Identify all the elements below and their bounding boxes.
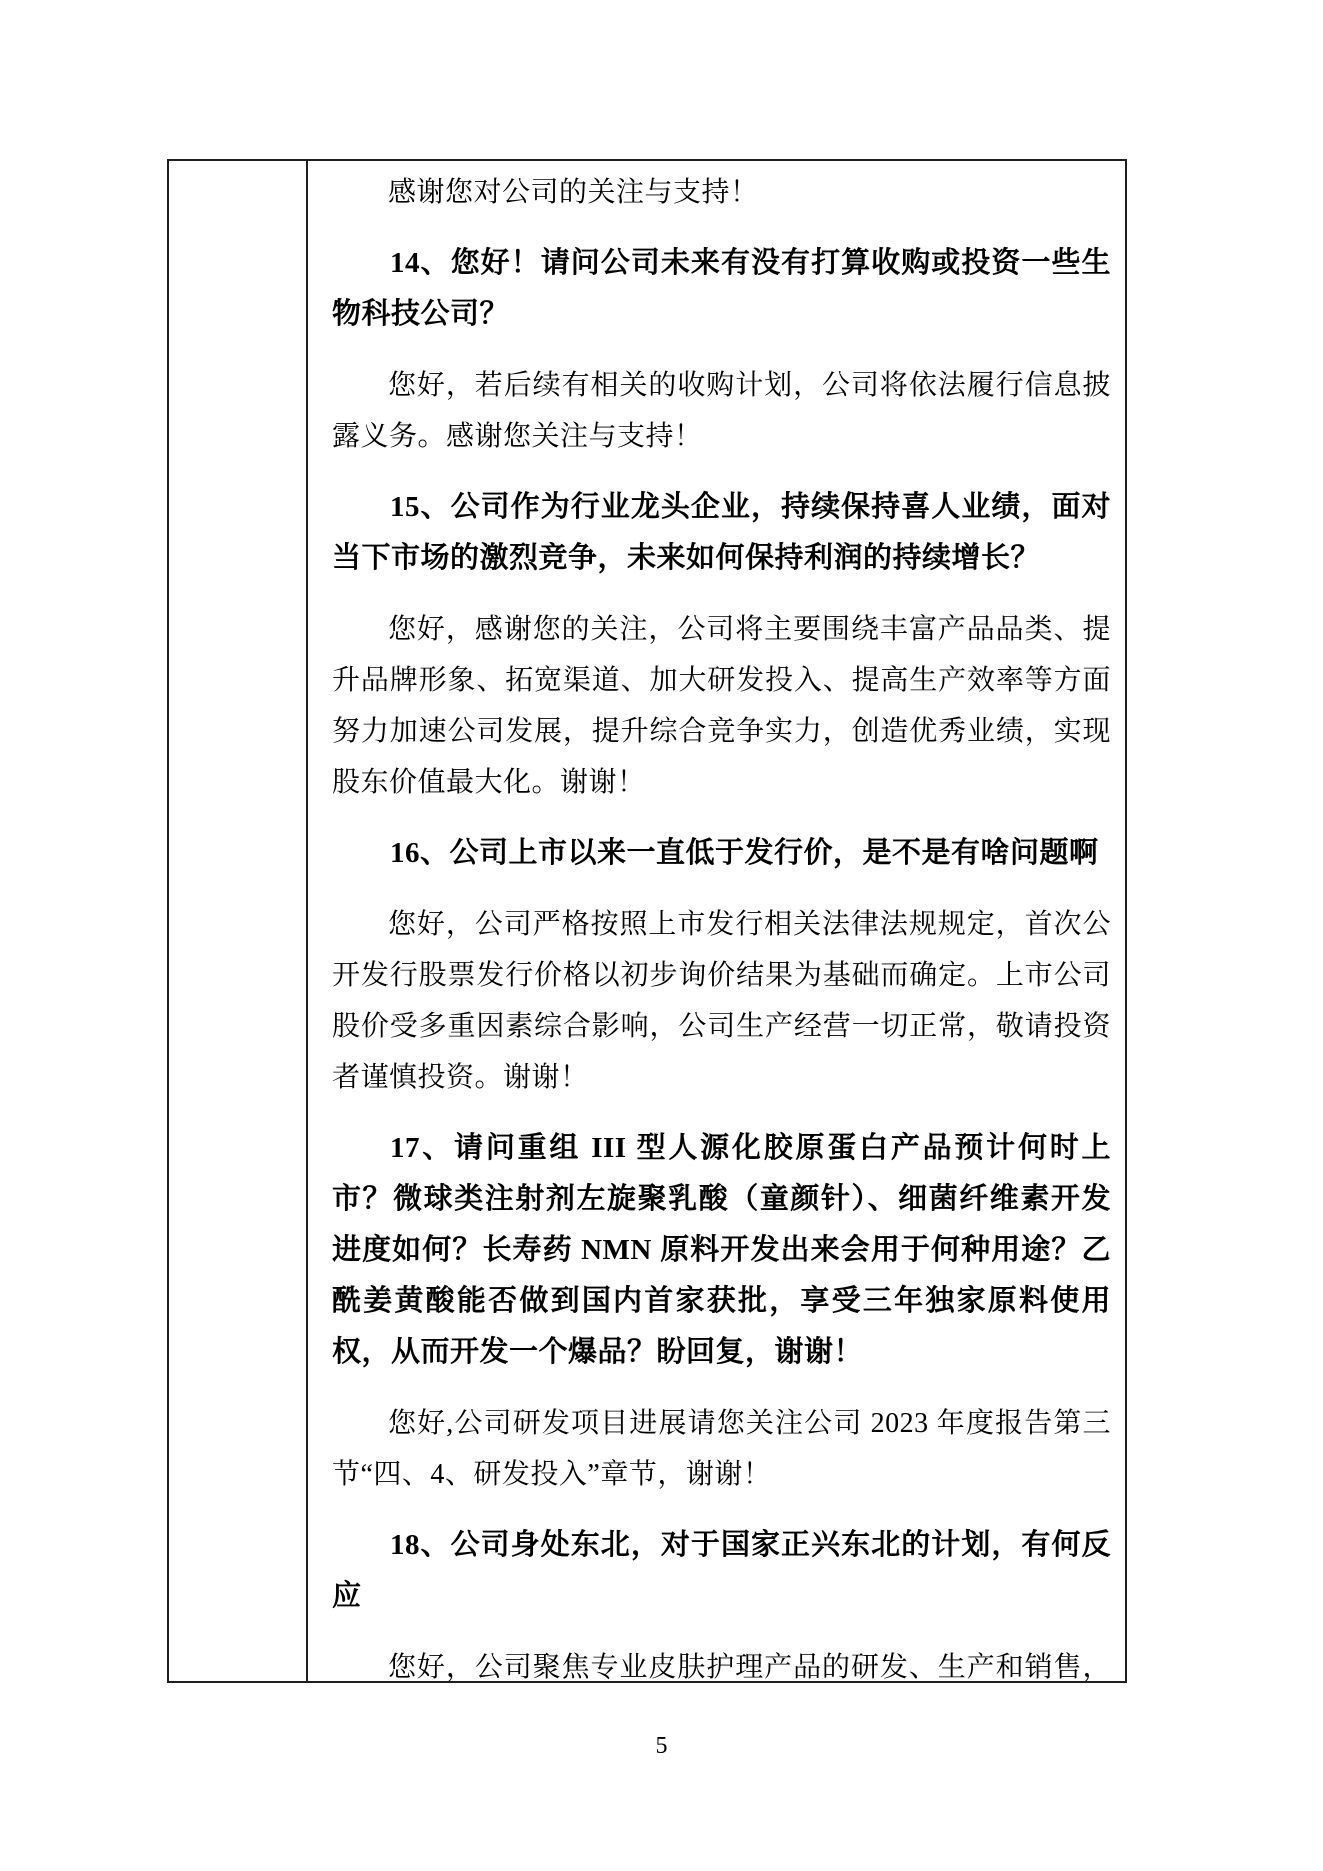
qa-table: 感谢您对公司的关注与支持！ 14、您好！请问公司未来有没有打算收购或投资一些生物… <box>167 159 1127 1683</box>
answer-18: 您好，公司聚焦专业皮肤护理产品的研发、生产和销售，公司将积极把握机遇，提升自身优… <box>332 1642 1111 1681</box>
question-14: 14、您好！请问公司未来有没有打算收购或投资一些生物科技公司？ <box>332 238 1111 340</box>
answer-15: 您好，感谢您的关注，公司将主要围绕丰富产品品类、提升品牌形象、拓宽渠道、加大研发… <box>332 604 1111 808</box>
question-16: 16、公司上市以来一直低于发行价，是不是有啥问题啊 <box>332 828 1111 879</box>
intro-text: 感谢您对公司的关注与支持！ <box>332 167 1111 218</box>
answer-16: 您好，公司严格按照上市发行相关法律法规规定，首次公开发行股票发行价格以初步询价结… <box>332 899 1111 1103</box>
table-cell-qa: 感谢您对公司的关注与支持！ 14、您好！请问公司未来有没有打算收购或投资一些生物… <box>308 161 1125 1681</box>
document-page: 感谢您对公司的关注与支持！ 14、您好！请问公司未来有没有打算收购或投资一些生物… <box>0 0 1323 1871</box>
answer-17: 您好,公司研发项目进展请您关注公司 2023 年度报告第三节“四、4、研发投入”… <box>332 1398 1111 1500</box>
question-17: 17、请问重组 III 型人源化胶原蛋白产品预计何时上市？微球类注射剂左旋聚乳酸… <box>332 1123 1111 1378</box>
page-number: 5 <box>0 1733 1323 1760</box>
answer-14: 您好，若后续有相关的收购计划，公司将依法履行信息披露义务。感谢您关注与支持！ <box>332 360 1111 462</box>
table-cell-left <box>169 161 308 1681</box>
question-18: 18、公司身处东北，对于国家正兴东北的计划，有何反应 <box>332 1520 1111 1622</box>
question-15: 15、公司作为行业龙头企业，持续保持喜人业绩，面对当下市场的激烈竞争，未来如何保… <box>332 482 1111 584</box>
